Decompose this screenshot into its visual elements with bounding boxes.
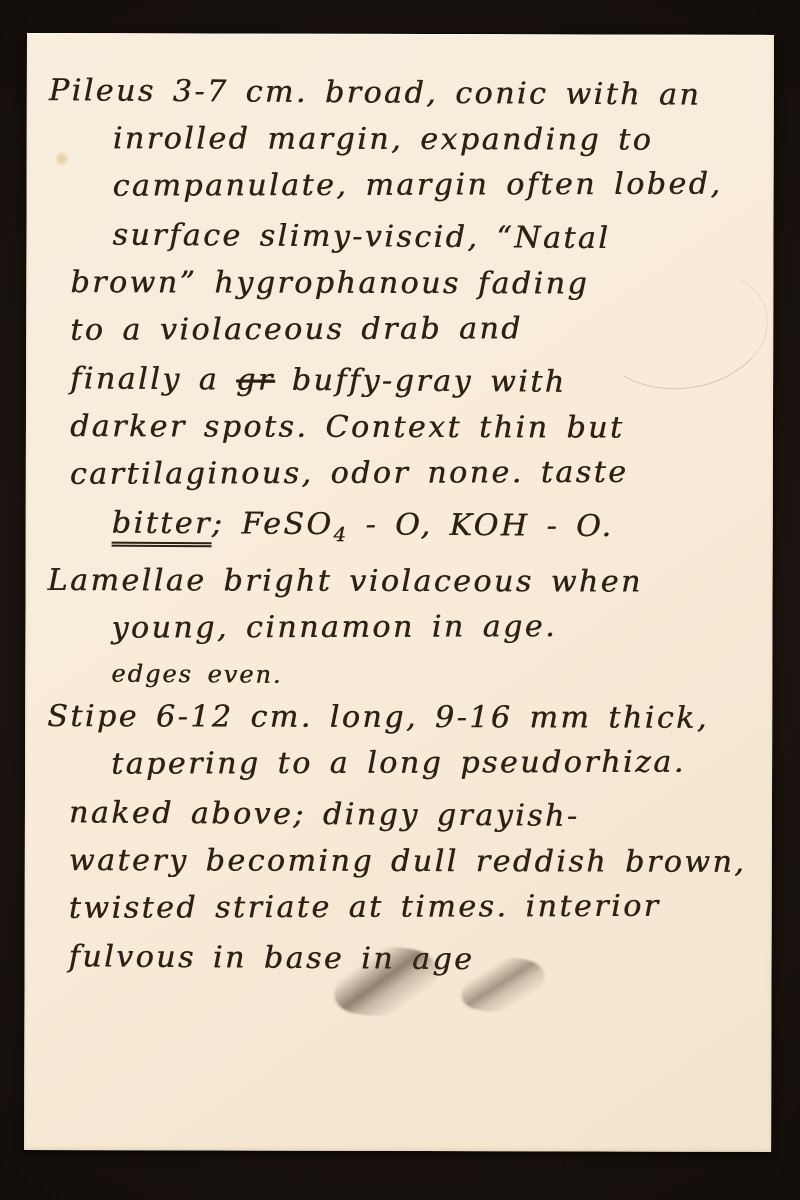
handwritten-line: Lamellae bright violaceous when [26, 557, 767, 607]
handwritten-line: surface slimy-viscid, “Natal [26, 211, 767, 264]
handwritten-line: darker spots. Context thin but [26, 403, 767, 453]
handwritten-line: tapering to a long pseudorhiza. [25, 738, 766, 789]
handwritten-line: to a violaceous drab and [26, 304, 767, 355]
handwritten-line: campanulate, margin often lobed, [27, 160, 768, 211]
handwritten-segment: Pileus 3-7 cm. broad, conic with an [49, 73, 702, 113]
handwritten-segment: twisted striate at times. interior [69, 889, 661, 926]
handwritten-segment: ; FeSO [212, 506, 334, 542]
handwritten-segment: darker spots. Context thin but [70, 409, 625, 445]
handwritten-segment: Lamellae bright violaceous when [48, 563, 643, 600]
handwritten-segment: watery becoming dull reddish brown, [69, 843, 746, 880]
handwritten-segment: surface slimy-viscid, “Natal [112, 218, 610, 256]
handwritten-segment: bitter [112, 506, 212, 548]
handwritten-segment: gr [236, 362, 275, 397]
handwritten-segment: 4 [333, 523, 348, 546]
handwritten-line: naked above; dingy grayish- [25, 789, 766, 842]
handwritten-line: twisted striate at times. interior [25, 882, 766, 933]
handwritten-segment: young, cinnamon in age. [111, 609, 557, 646]
handwritten-text: Pileus 3-7 cm. broad, conic with aninrol… [25, 67, 768, 983]
handwritten-segment: finally a [70, 361, 236, 397]
note-card: Pileus 3-7 cm. broad, conic with aninrol… [24, 33, 774, 1152]
handwritten-line: Stipe 6-12 cm. long, 9-16 mm thick, [25, 693, 766, 743]
handwritten-segment: to a violaceous drab and [70, 311, 523, 348]
handwritten-line: edges even. [25, 653, 766, 698]
handwritten-segment: - O, KOH - O. [348, 507, 613, 544]
handwritten-line: Pileus 3-7 cm. broad, conic with an [27, 67, 768, 120]
handwritten-line: watery becoming dull reddish brown, [25, 837, 766, 887]
handwritten-line: bitter; FeSO4 - O, KOH - O. [26, 499, 767, 562]
handwritten-segment: naked above; dingy grayish- [69, 795, 580, 834]
handwritten-line: young, cinnamon in age. [25, 602, 766, 653]
handwritten-segment: inrolled margin, expanding to [113, 121, 654, 157]
handwritten-segment: edges even. [111, 660, 282, 689]
handwritten-segment: campanulate, margin often lobed, [113, 167, 723, 204]
handwritten-line: finally a gr buffy-gray with [26, 355, 767, 408]
handwritten-segment: Stipe 6-12 cm. long, 9-16 mm thick, [47, 699, 709, 736]
handwritten-segment: tapering to a long pseudorhiza. [111, 745, 686, 782]
handwritten-line: cartilaginous, odor none. taste [26, 448, 767, 499]
handwritten-segment: buffy-gray with [275, 363, 567, 400]
handwritten-line: brown” hygrophanous fading [26, 259, 767, 309]
handwritten-line: inrolled margin, expanding to [27, 115, 768, 165]
handwritten-segment: cartilaginous, odor none. taste [70, 455, 629, 492]
handwritten-segment: brown” hygrophanous fading [70, 265, 589, 301]
